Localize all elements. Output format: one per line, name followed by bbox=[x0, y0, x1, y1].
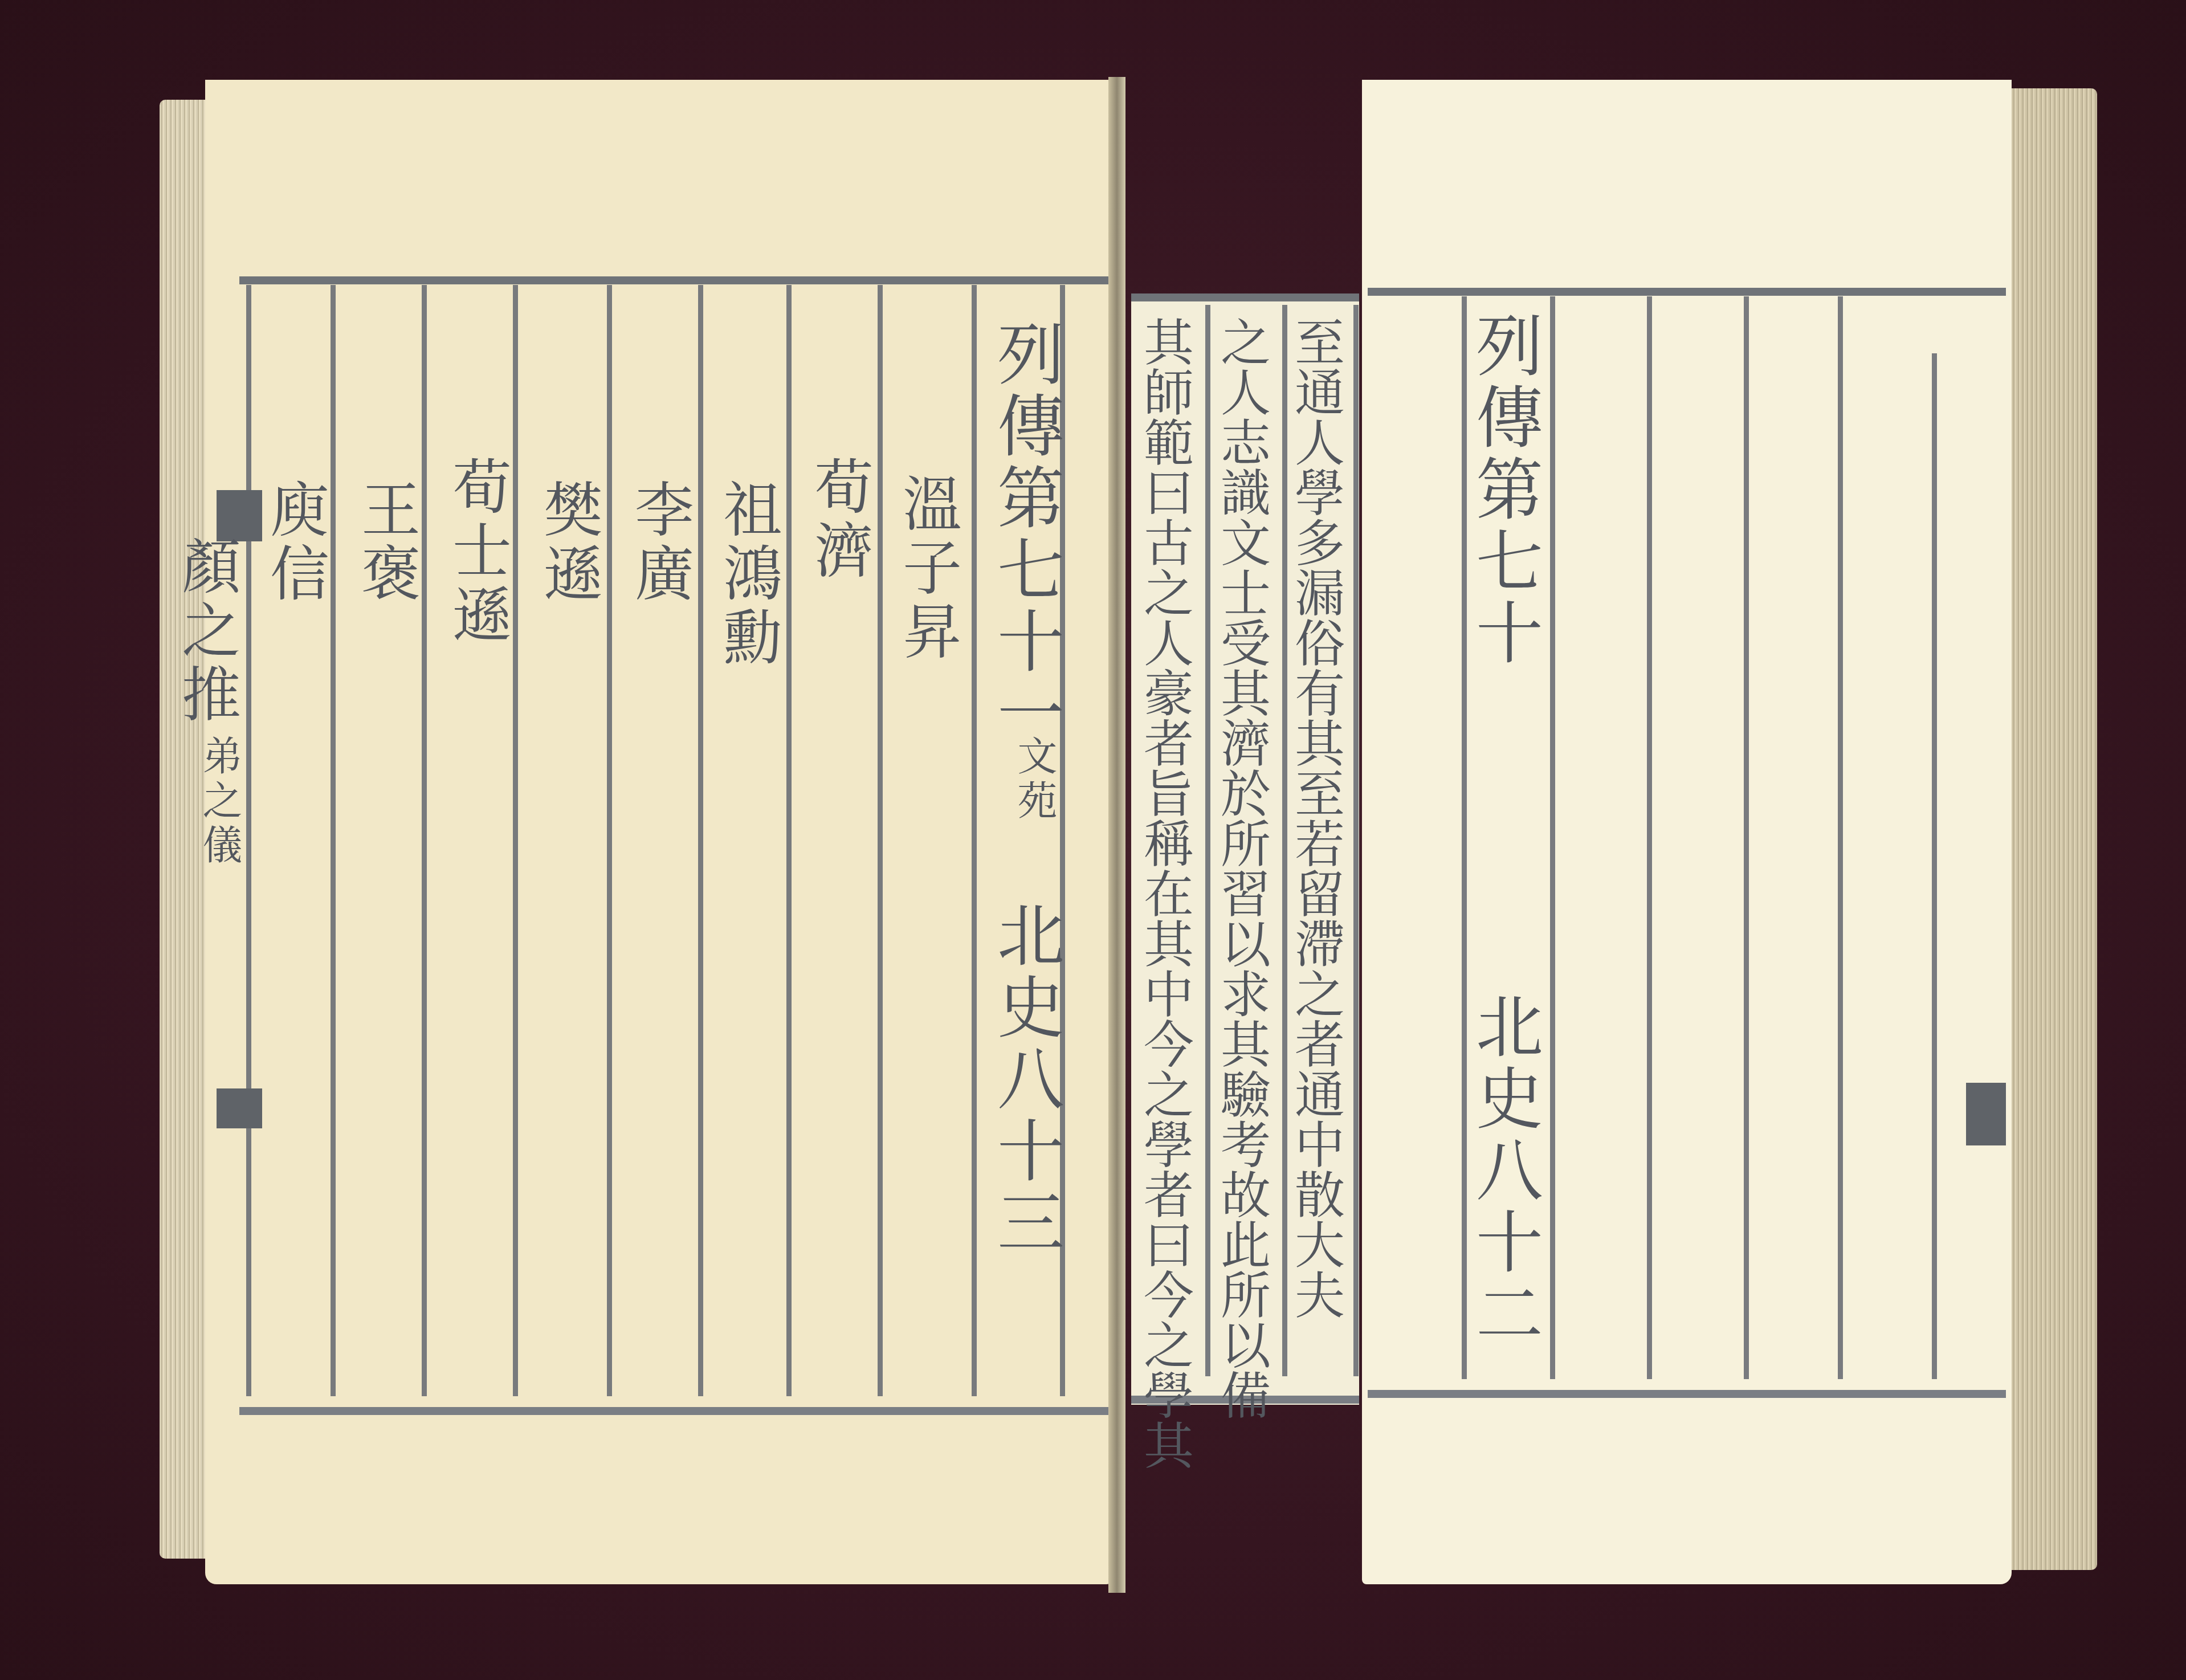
column-rule bbox=[422, 285, 427, 1396]
column-rule bbox=[878, 285, 883, 1396]
volume-label: 北史八十三 bbox=[992, 900, 1059, 1259]
left-page-frame bbox=[239, 276, 1117, 1415]
name-entry: 祖鴻勳 bbox=[718, 479, 777, 670]
page-stack-right bbox=[2012, 88, 2097, 1570]
column-rule bbox=[513, 285, 518, 1396]
column-rule bbox=[1647, 296, 1652, 1379]
text-line: 至通人學多漏俗有其至若留滯之者通中散大夫 bbox=[1291, 316, 1341, 1319]
name-entry: 弟之儀 bbox=[199, 735, 239, 868]
name-entry: 荀濟 bbox=[809, 456, 868, 584]
chapter-heading: 列傳第七十一 bbox=[992, 319, 1059, 750]
fold-marker bbox=[217, 490, 262, 541]
name-entry: 王褒 bbox=[356, 479, 415, 606]
fold-marker bbox=[1966, 1083, 2006, 1145]
column-rule bbox=[246, 285, 251, 1396]
text-line: 之人志識文士受其濟於所習以求其驗考故此所以備 bbox=[1217, 316, 1267, 1420]
fold-marker bbox=[217, 1088, 262, 1128]
volume-label: 北史八十二 bbox=[1470, 992, 1537, 1351]
name-entry: 溫子昇 bbox=[898, 473, 957, 664]
section-label: 文苑 bbox=[1014, 735, 1054, 824]
column-rule bbox=[331, 285, 336, 1396]
column-rule bbox=[786, 285, 792, 1396]
column-rule bbox=[607, 285, 612, 1396]
name-entry: 樊遜 bbox=[539, 479, 598, 606]
column-rule bbox=[1550, 296, 1555, 1379]
right-page: 列傳第七十 北史八十二 bbox=[1362, 80, 2012, 1584]
column-rule bbox=[972, 285, 977, 1396]
column-rule bbox=[1932, 353, 1937, 1379]
column-rule bbox=[1744, 296, 1749, 1379]
column-rule bbox=[1353, 305, 1359, 1376]
book-gutter bbox=[1108, 77, 1125, 1593]
column-rule bbox=[1205, 305, 1210, 1376]
name-entry: 顏之推 bbox=[177, 536, 236, 727]
name-entry: 李廣 bbox=[630, 479, 689, 606]
open-book: 列傳第七十一 文苑 北史八十三 溫子昇 荀濟 祖鴻勳 李廣 樊遜 荀士遜 王褒 … bbox=[160, 77, 2097, 1627]
text-line: 其師範曰古之人豪者旨稱在其中今之學者曰今之學其 bbox=[1140, 316, 1190, 1470]
left-page: 列傳第七十一 文苑 北史八十三 溫子昇 荀濟 祖鴻勳 李廣 樊遜 荀士遜 王褒 … bbox=[205, 80, 1111, 1584]
name-entry: 庾信 bbox=[265, 479, 324, 606]
chapter-heading: 列傳第七十 bbox=[1470, 311, 1537, 670]
column-rule bbox=[1838, 296, 1843, 1379]
column-rule bbox=[698, 285, 703, 1396]
middle-leaf: 至通人學多漏俗有其至若留滯之者通中散大夫 之人志識文士受其濟於所習以求其驗考故此… bbox=[1131, 293, 1359, 1405]
name-entry: 荀士遜 bbox=[447, 456, 507, 647]
